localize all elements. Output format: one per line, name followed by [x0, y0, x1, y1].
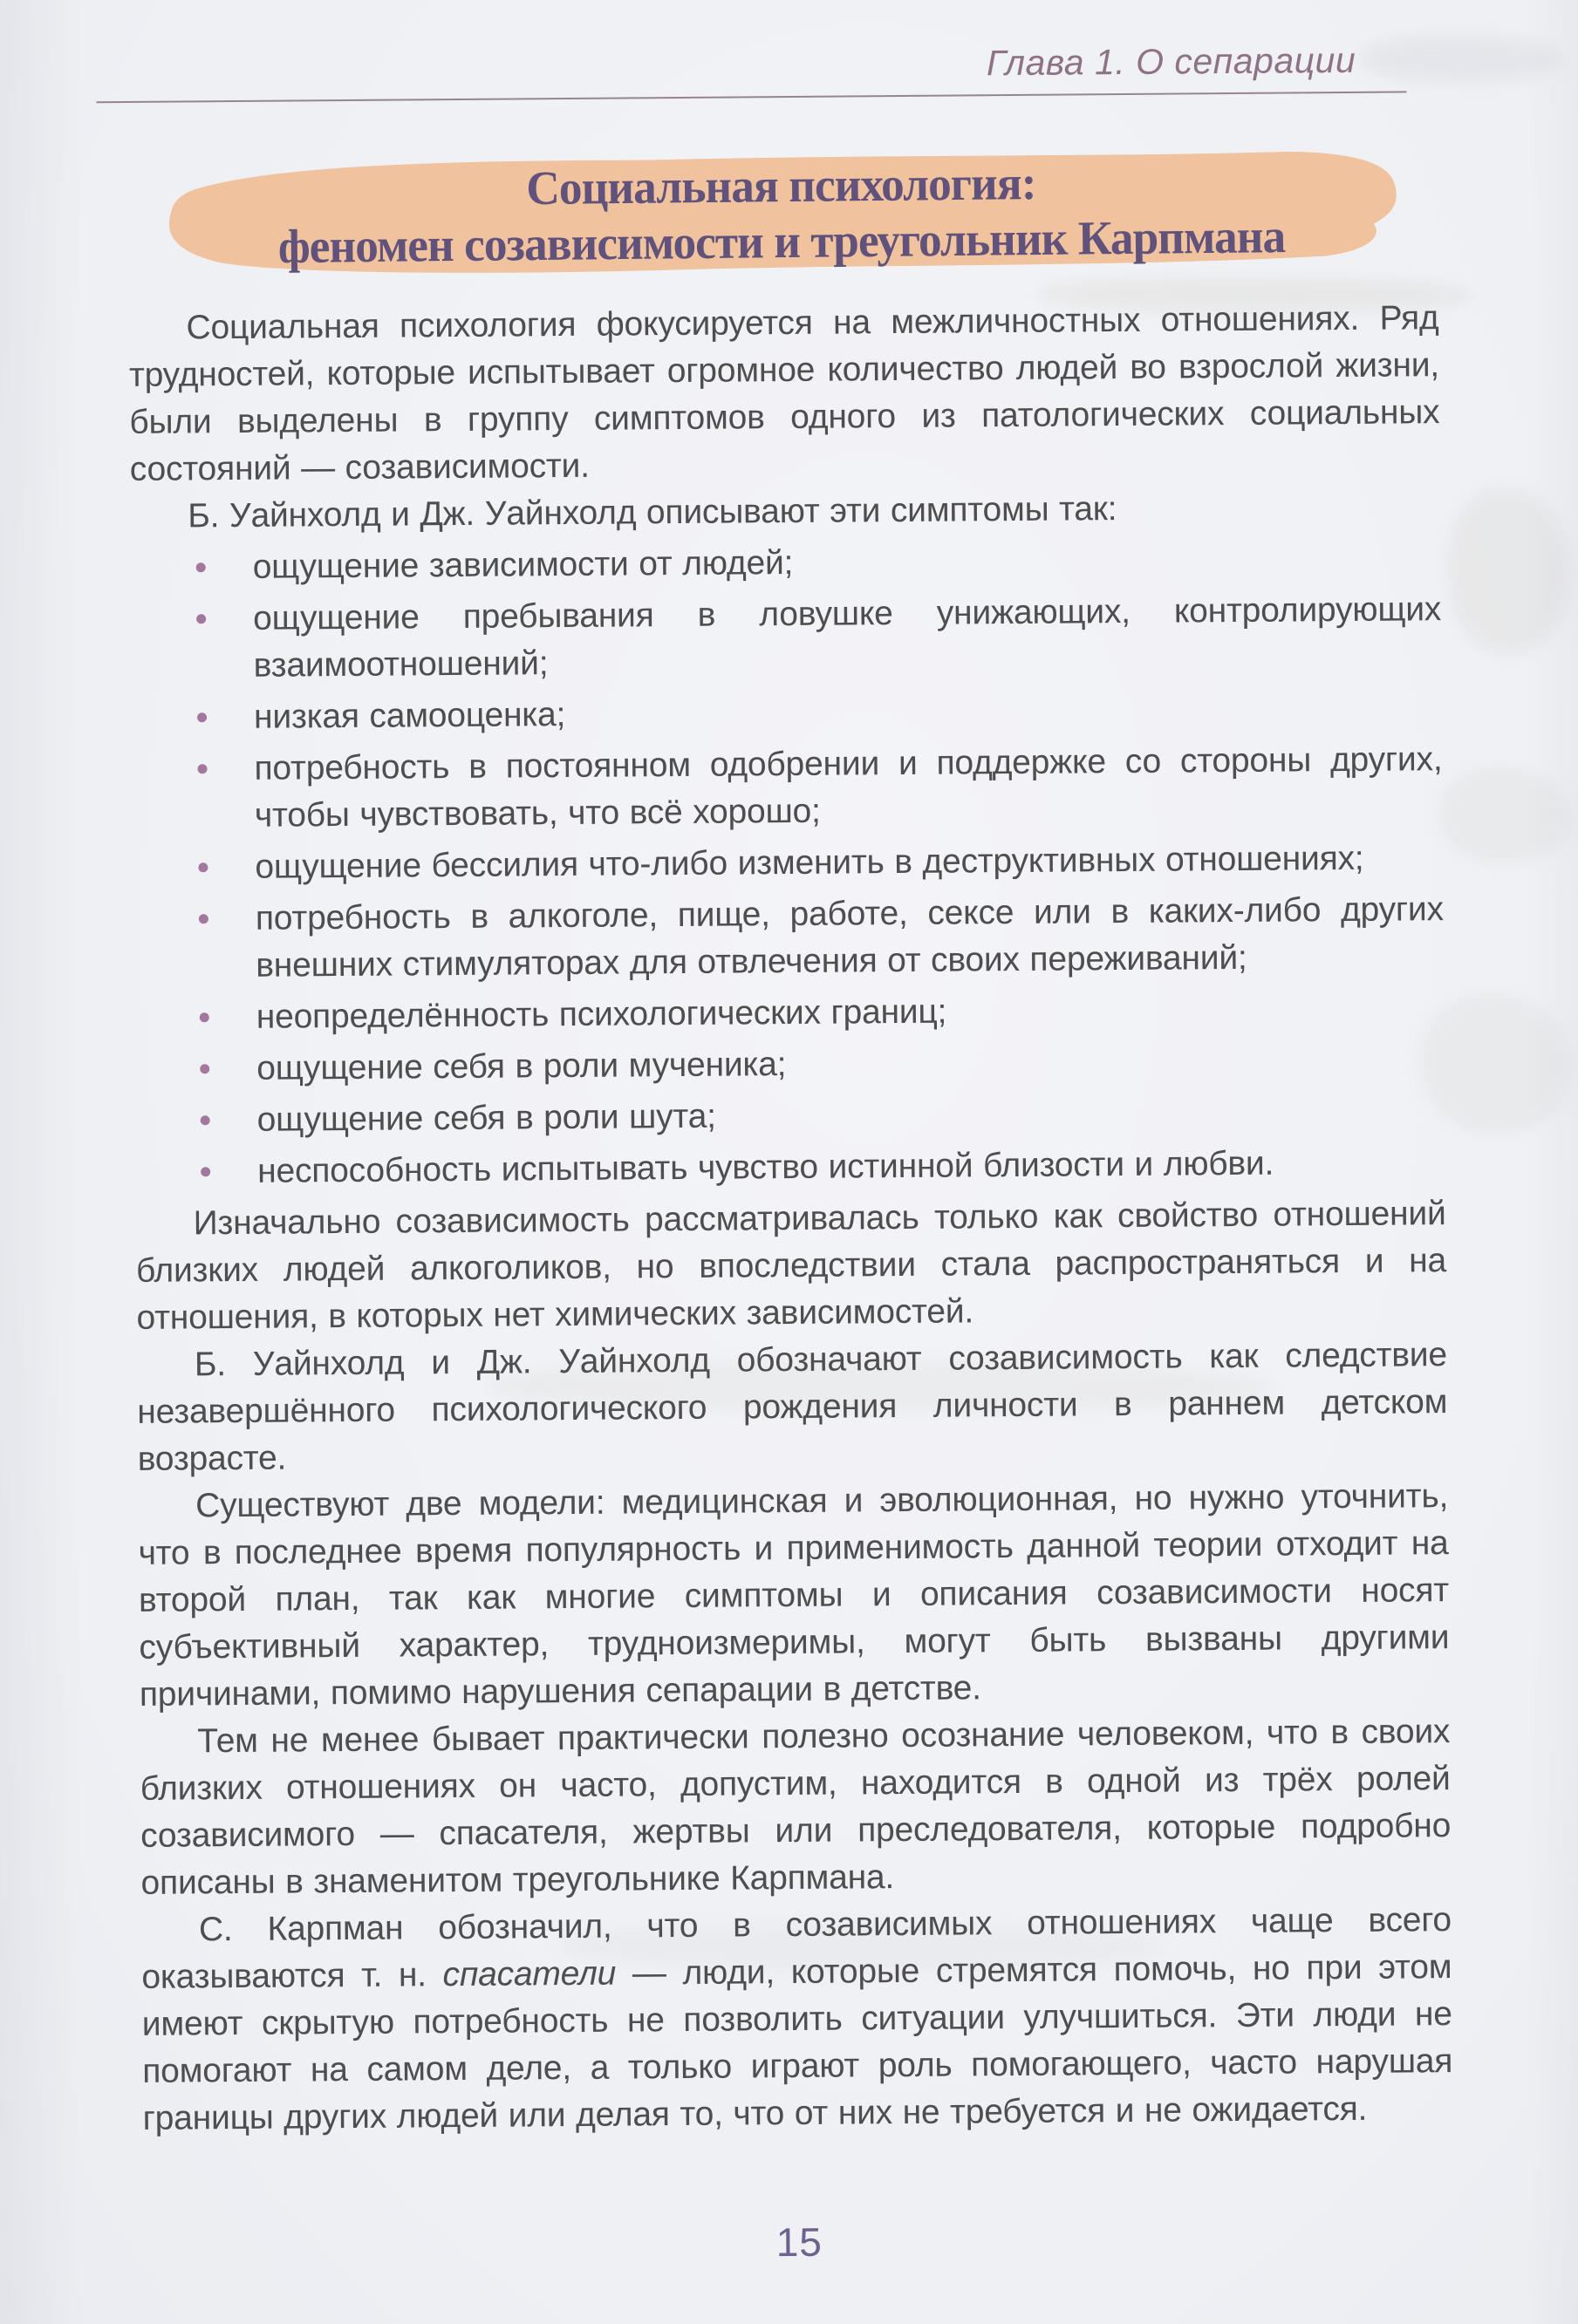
paragraph-definition: Б. Уайнхолд и Дж. Уайнхолд обозначают со…: [137, 1332, 1448, 1483]
page-sheet: Глава 1. О сепарации Социальная психолог…: [0, 0, 1578, 2324]
symptom-list-item: низкая самооценка;: [132, 685, 1442, 742]
symptom-list-item: потребность в постоянном одобрении и под…: [132, 736, 1443, 841]
chapter-heading: Глава 1. О сепарации: [96, 40, 1406, 89]
symptom-text: неопределённость психологических границ;: [256, 993, 947, 1036]
symptom-list-item: потребность в алкоголе, пище, работе, се…: [133, 886, 1445, 991]
symptom-list: ощущение зависимости от людей; ощущение …: [131, 535, 1446, 1196]
paragraph-origin: Изначально созависимость рассматривалась…: [135, 1190, 1446, 1342]
karpman-italic-term: спасатели: [442, 1955, 616, 1994]
paragraph-intro: Социальная психология фокусируется на ме…: [128, 295, 1440, 494]
symptom-list-item: ощущение пребывания в ловушке унижающих,…: [131, 586, 1442, 691]
symptom-text: ощущение себя в роли мученика;: [256, 1046, 786, 1087]
symptom-text: ощущение бессилия что-либо изменить в де…: [255, 840, 1363, 886]
paragraph-karpman: С. Карпман обозначил, что в созависимых …: [141, 1897, 1453, 2143]
symptom-text: потребность в постоянном одобрении и под…: [254, 740, 1442, 835]
paragraph-lead-in: Б. Уайнхолд и Дж. Уайнхолд описывают эти…: [130, 483, 1440, 541]
symptom-list-item: ощущение бессилия что-либо изменить в де…: [133, 835, 1443, 892]
body-text: Социальная психология фокусируется на ме…: [128, 295, 1453, 2143]
section-title: Социальная психология: феномен созависим…: [168, 147, 1394, 281]
paragraph-roles: Тем не менее бывает практически полезно …: [140, 1708, 1452, 1907]
symptom-list-item: ощущение зависимости от людей;: [131, 535, 1441, 592]
symptom-list-item: неспособность испытывать чувство истинно…: [135, 1139, 1445, 1196]
paragraph-models: Существуют две модели: медицинская и эво…: [138, 1473, 1450, 1719]
running-head-rule: Глава 1. О сепарации: [96, 40, 1406, 103]
section-title-band: Социальная психология: феномен созависим…: [168, 147, 1394, 281]
section-title-line-1: Социальная психология:: [526, 156, 1036, 215]
page-number: 15: [10, 2212, 1578, 2272]
symptom-list-item: ощущение себя в роли шута;: [134, 1087, 1445, 1145]
symptom-list-item: неопределённость психологических границ;: [134, 985, 1445, 1042]
section-title-line-2: феномен созависимости и треугольник Карп…: [277, 209, 1285, 274]
symptom-text: ощущение зависимости от людей;: [253, 544, 794, 586]
book-page: { "header": { "chapter": "Глава 1. О сеп…: [0, 0, 1578, 2324]
symptom-text: низкая самооценка;: [254, 696, 565, 736]
symptom-text: ощущение себя в роли шута;: [257, 1098, 716, 1139]
symptom-text: неспособность испытывать чувство истинно…: [257, 1145, 1274, 1190]
symptom-text: потребность в алкоголе, пище, работе, се…: [256, 890, 1444, 985]
symptom-list-item: ощущение себя в роли мученика;: [134, 1036, 1445, 1094]
symptom-text: ощущение пребывания в ловушке унижающих,…: [253, 590, 1441, 685]
